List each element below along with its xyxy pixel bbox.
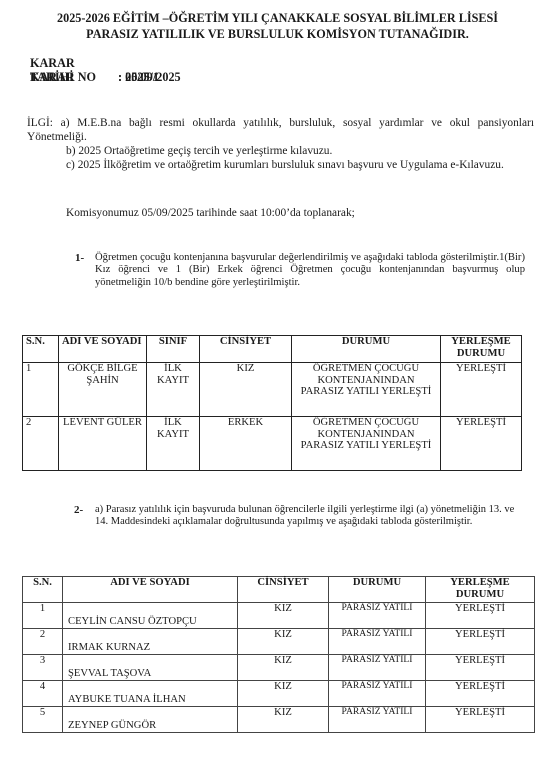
cell-status: ÖĞRETMEN ÇOCUĞU KONTENJANINDAN PARASIZ Y…: [292, 363, 441, 417]
col-header-placement: YERLEŞME DURUMU: [426, 577, 535, 603]
col-header-sn: S.N.: [23, 577, 63, 603]
reference-a: İLGİ: a) M.E.B.na bağlı resmi okullarda …: [27, 117, 534, 144]
col-header-status: DURUMU: [329, 577, 426, 603]
cell-sn: 3: [23, 655, 63, 681]
cell-status: PARASIZ YATILI: [329, 655, 426, 681]
cell-name: ŞEVVAL TAŞOVA: [63, 655, 238, 681]
item2-number: 2-: [74, 504, 83, 516]
cell-name: AYBUKE TUANA İLHAN: [63, 681, 238, 707]
cell-name: ZEYNEP GÜNGÖR: [63, 707, 238, 733]
cell-gender: KIZ: [238, 629, 329, 655]
cell-status: ÖĞRETMEN ÇOCUĞU KONTENJANINDAN PARASIZ Y…: [292, 417, 441, 471]
free-boarding-table: S.N. ADI VE SOYADI CİNSİYET DURUMU YERLE…: [22, 576, 535, 733]
cell-name: GÖKÇE BİLGE ŞAHİN: [59, 363, 147, 417]
cell-status: PARASIZ YATILI: [329, 707, 426, 733]
decision-number-value: : 2025/1: [118, 70, 159, 84]
table-header-row: S.N. ADI VE SOYADI SINIF CİNSİYET DURUMU…: [23, 336, 522, 363]
cell-sn: 1: [23, 363, 59, 417]
table-row: 3ŞEVVAL TAŞOVAKIZPARASIZ YATILIYERLEŞTİ: [23, 655, 535, 681]
cell-placement: YERLEŞTİ: [441, 417, 522, 471]
cell-placement: YERLEŞTİ: [441, 363, 522, 417]
teacher-child-quota-table: S.N. ADI VE SOYADI SINIF CİNSİYET DURUMU…: [22, 335, 522, 471]
table-row: 5ZEYNEP GÜNGÖRKIZPARASIZ YATILIYERLEŞTİ: [23, 707, 535, 733]
col-header-status: DURUMU: [292, 336, 441, 363]
decision-number: KARAR NO: 2025/1: [30, 70, 159, 84]
col-header-gender: CİNSİYET: [238, 577, 329, 603]
cell-class: İLK KAYIT: [147, 363, 200, 417]
cell-placement: YERLEŞTİ: [426, 629, 535, 655]
document-title-line1: 2025-2026 EĞİTİM –ÖĞRETİM YILI ÇANAKKALE…: [0, 10, 555, 26]
item2-text: a) Parasız yatılılık için başvuruda bulu…: [95, 504, 530, 529]
item1-text: Öğretmen çocuğu kontenjanına başvurular …: [95, 252, 525, 289]
cell-class: İLK KAYIT: [147, 417, 200, 471]
cell-sn: 5: [23, 707, 63, 733]
col-header-class: SINIF: [147, 336, 200, 363]
table-header-row: S.N. ADI VE SOYADI CİNSİYET DURUMU YERLE…: [23, 577, 535, 603]
table-row: 1 GÖKÇE BİLGE ŞAHİN İLK KAYIT KIZ ÖĞRETM…: [23, 363, 522, 417]
cell-sn: 2: [23, 629, 63, 655]
cell-name: IRMAK KURNAZ: [63, 629, 238, 655]
item1-number: 1-: [75, 252, 84, 264]
col-header-sn: S.N.: [23, 336, 59, 363]
cell-gender: KIZ: [238, 681, 329, 707]
table-row: 2 LEVENT GÜLER İLK KAYIT ERKEK ÖĞRETMEN …: [23, 417, 522, 471]
col-header-gender: CİNSİYET: [200, 336, 292, 363]
cell-name: LEVENT GÜLER: [59, 417, 147, 471]
cell-gender: ERKEK: [200, 417, 292, 471]
cell-sn: 4: [23, 681, 63, 707]
table-row: 2IRMAK KURNAZKIZPARASIZ YATILIYERLEŞTİ: [23, 629, 535, 655]
meeting-intro: Komisyonumuz 05/09/2025 tarihinde saat 1…: [66, 207, 355, 221]
table-row: 4AYBUKE TUANA İLHANKIZPARASIZ YATILIYERL…: [23, 681, 535, 707]
table-row: 1CEYLİN CANSU ÖZTOPÇUKIZPARASIZ YATILIYE…: [23, 603, 535, 629]
cell-sn: 2: [23, 417, 59, 471]
reference-b: b) 2025 Ortaöğretime geçiş tercih ve yer…: [66, 145, 534, 159]
col-header-name: ADI VE SOYADI: [63, 577, 238, 603]
cell-gender: KIZ: [238, 655, 329, 681]
cell-status: PARASIZ YATILI: [329, 603, 426, 629]
cell-sn: 1: [23, 603, 63, 629]
col-header-placement: YERLEŞME DURUMU: [441, 336, 522, 363]
cell-placement: YERLEŞTİ: [426, 603, 535, 629]
cell-status: PARASIZ YATILI: [329, 681, 426, 707]
col-header-name: ADI VE SOYADI: [59, 336, 147, 363]
cell-name: CEYLİN CANSU ÖZTOPÇU: [63, 603, 238, 629]
reference-c: c) 2025 İlköğretim ve ortaöğretim kuruml…: [27, 159, 534, 173]
document-title-line2: PARASIZ YATILILIK VE BURSLULUK KOMİSYON …: [0, 26, 555, 42]
cell-gender: KIZ: [200, 363, 292, 417]
cell-gender: KIZ: [238, 603, 329, 629]
decision-number-label: KARAR NO: [30, 70, 118, 84]
cell-status: PARASIZ YATILI: [329, 629, 426, 655]
cell-placement: YERLEŞTİ: [426, 681, 535, 707]
cell-placement: YERLEŞTİ: [426, 707, 535, 733]
cell-placement: YERLEŞTİ: [426, 655, 535, 681]
cell-gender: KIZ: [238, 707, 329, 733]
